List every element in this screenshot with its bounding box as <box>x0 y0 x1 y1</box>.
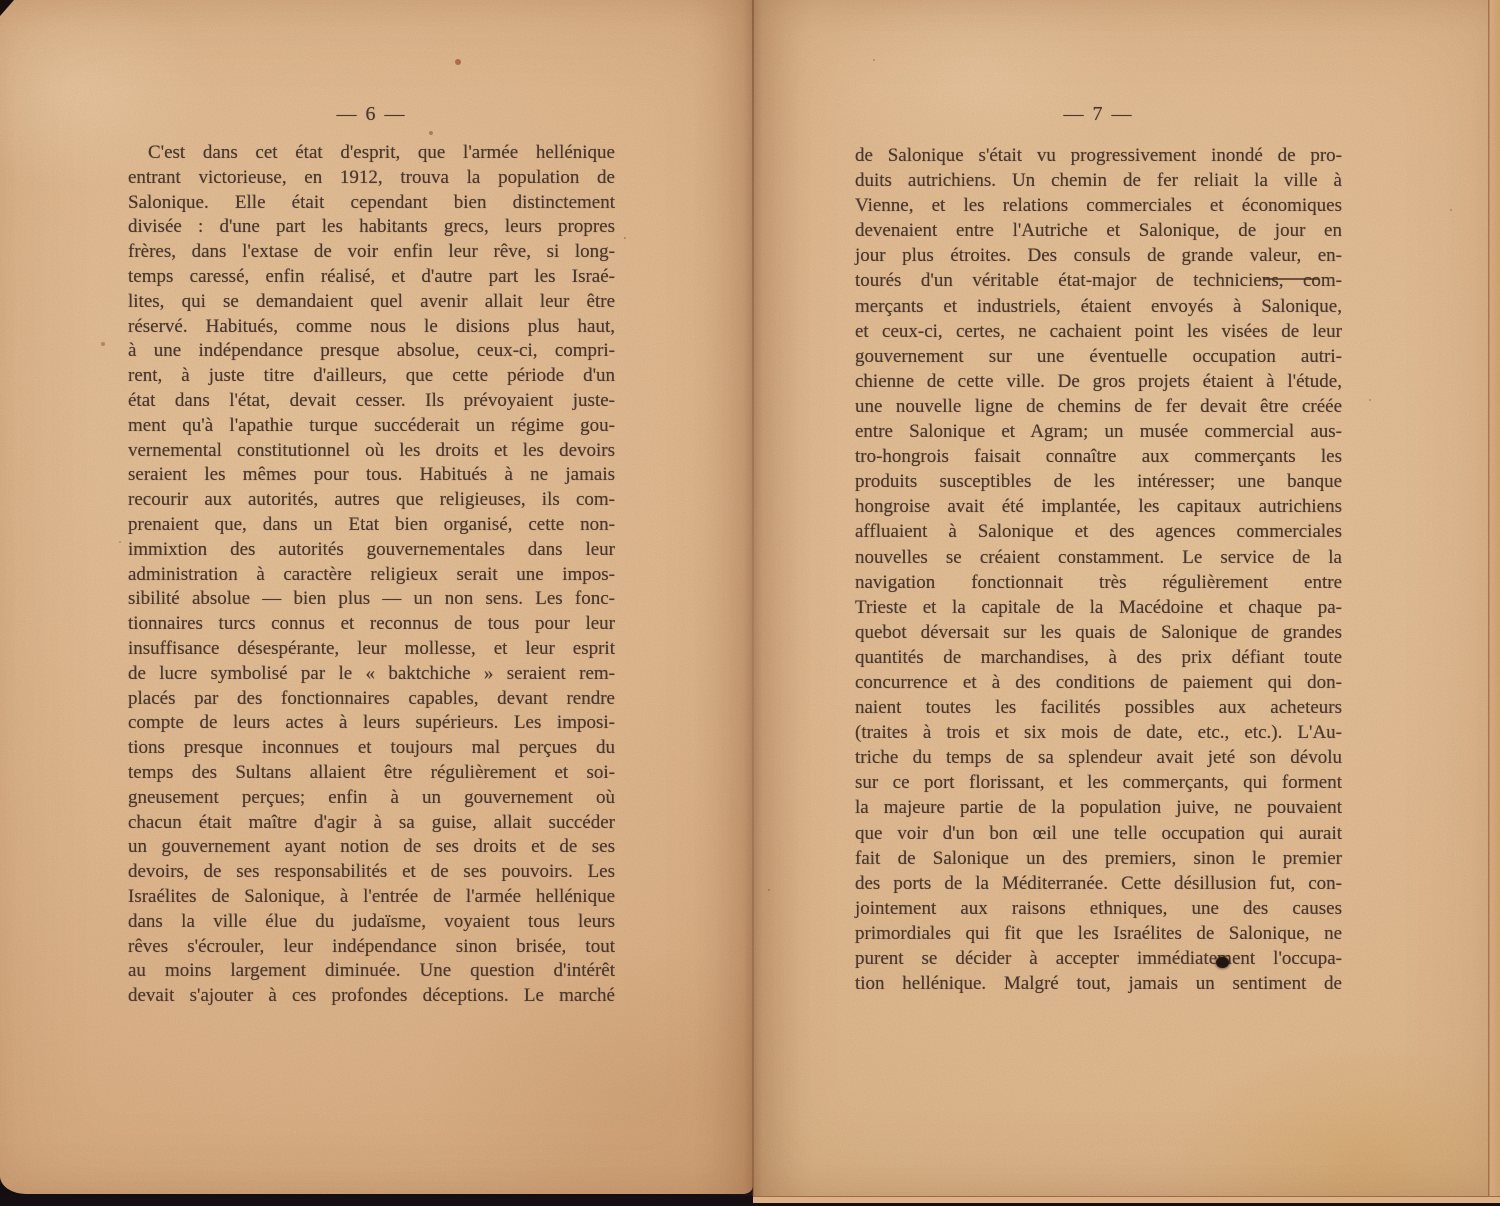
text-line: devait s'ajouter à ces profondes décepti… <box>128 984 615 1009</box>
text-line: nouvelles se créaient constamment. Le se… <box>855 545 1342 570</box>
text-line: ment qu'à l'apathie turque succéderait u… <box>128 414 615 439</box>
text-line: que voir d'un bon œil une telle occupati… <box>855 821 1342 846</box>
text-line: une nouvelle ligne de chemins de fer dev… <box>855 394 1342 419</box>
text-line: duits autrichiens. Un chemin de fer reli… <box>855 168 1342 193</box>
text-line: de lucre symbolisé par le « baktchiche »… <box>128 662 615 687</box>
text-line: tro-hongrois faisait connaître aux comme… <box>855 444 1342 469</box>
text-line: primordiales qui fit que les Israélites … <box>855 921 1342 946</box>
text-line: la majeure partie de la population juive… <box>855 795 1342 820</box>
text-line: chacun était maître d'agir à sa guise, a… <box>128 811 615 836</box>
page-7: — 7 — de Salonique s'était vu progressiv… <box>753 0 1490 1196</box>
text-line: frères, dans l'extase de voir enfin leur… <box>128 240 615 265</box>
page-7-number: — 7 — <box>855 103 1342 126</box>
text-line: tionnaires turcs connus et reconnus de t… <box>128 612 615 637</box>
text-line: immixtion des autorités gouvernementales… <box>128 538 615 563</box>
text-line: compte de leurs actes à leurs supérieurs… <box>128 711 615 736</box>
text-line: affluaient à Salonique et des agences co… <box>855 519 1342 544</box>
under-page-edge <box>753 1196 1500 1203</box>
text-line: réservé. Habitués, comme nous le disions… <box>128 315 615 340</box>
page-fore-edge <box>1488 0 1500 1196</box>
page-6-text: C'est dans cet état d'esprit, que l'armé… <box>128 141 615 1009</box>
text-line: à une indépendance presque absolue, ceux… <box>128 339 615 364</box>
page-6-number: — 6 — <box>128 103 615 126</box>
text-line: C'est dans cet état d'esprit, que l'armé… <box>128 141 615 166</box>
text-line: (traites à trois et six mois de date, et… <box>855 720 1342 745</box>
text-line: recourir aux autorités, autres que relig… <box>128 488 615 513</box>
text-line: produits susceptibles de les intéresser;… <box>855 469 1342 494</box>
text-line: au moins largement diminuée. Une questio… <box>128 959 615 984</box>
text-line: lites, qui se demandaient quel avenir al… <box>128 290 615 315</box>
text-line: merçants et industriels, étaient envoyés… <box>855 294 1342 319</box>
text-line: temps des Sultans allaient être régulièr… <box>128 761 615 786</box>
text-line: insuffisance désespérante, leur mollesse… <box>128 637 615 662</box>
text-line: entrant victorieuse, en 1912, trouva la … <box>128 166 615 191</box>
text-line: entre Salonique et Agram; un musée comme… <box>855 419 1342 444</box>
text-line: gouvernement sur une éventuelle occupati… <box>855 344 1342 369</box>
text-line: sur ce port florissant, et les commerçan… <box>855 770 1342 795</box>
text-line: sibilité absolue — bien plus — un non se… <box>128 587 615 612</box>
text-line: devenaient entre l'Autriche et Salonique… <box>855 218 1342 243</box>
text-line: Trieste et la capitale de la Macédoine e… <box>855 595 1342 620</box>
text-line: dans la ville élue du judaïsme, voyaient… <box>128 910 615 935</box>
text-line: prenaient que, dans un Etat bien organis… <box>128 513 615 538</box>
text-line: état dans l'état, devait cesser. Ils pré… <box>128 389 615 414</box>
text-line: purent se décider à accepter immédiateme… <box>855 946 1342 971</box>
page-6: — 6 — C'est dans cet état d'esprit, que … <box>0 0 753 1194</box>
text-line: tourés d'un véritable état-major de tech… <box>855 268 1342 293</box>
text-line: rent, à juste titre d'ailleurs, que cett… <box>128 364 615 389</box>
text-line: concurrence et à des conditions de paiem… <box>855 670 1342 695</box>
text-line: des ports de la Méditerranée. Cette dési… <box>855 871 1342 896</box>
text-line: tion hellénique. Malgré tout, jamais un … <box>855 971 1342 996</box>
text-line: devoirs, de ses responsabilités et de se… <box>128 860 615 885</box>
text-line: placés par des fonctionnaires capables, … <box>128 687 615 712</box>
text-line: un gouvernement ayant notion de ses droi… <box>128 835 615 860</box>
text-line: divisée : d'une part les habitants grecs… <box>128 215 615 240</box>
ink-blot <box>1216 957 1229 968</box>
text-line: rêves s'écrouler, leur indépendance sino… <box>128 935 615 960</box>
text-line: gneusement perçues; enfin à un gouvernem… <box>128 786 615 811</box>
text-line: naient toutes les facilités possibles au… <box>855 695 1342 720</box>
text-line: jointement aux raisons ethniques, une de… <box>855 896 1342 921</box>
page-7-text: de Salonique s'était vu progressivement … <box>855 143 1342 996</box>
text-line: navigation fonctionnait très régulièreme… <box>855 570 1342 595</box>
text-line: de Salonique s'était vu progressivement … <box>855 143 1342 168</box>
text-line: hongroise avait été implantée, les capit… <box>855 494 1342 519</box>
text-line: quantités de marchandises, à des prix dé… <box>855 645 1342 670</box>
text-line: Vienne, et les relations commerciales et… <box>855 193 1342 218</box>
text-line: chienne de cette ville. De gros projets … <box>855 369 1342 394</box>
text-line: temps caressé, enfin réalisé, et d'autre… <box>128 265 615 290</box>
text-line: Salonique. Elle était cependant bien dis… <box>128 191 615 216</box>
book-scan: — 6 — C'est dans cet état d'esprit, que … <box>0 0 1500 1206</box>
text-line: triche du temps de sa splendeur avait je… <box>855 745 1342 770</box>
text-line: jour plus étroites. Des consuls de grand… <box>855 243 1342 268</box>
text-line: et ceux-ci, certes, ne cachaient point l… <box>855 319 1342 344</box>
text-line: seraient les mêmes pour tous. Habitués à… <box>128 463 615 488</box>
text-line: Israélites de Salonique, à l'entrée de l… <box>128 885 615 910</box>
text-line: tions presque inconnues et toujours mal … <box>128 736 615 761</box>
text-line: fait de Salonique un des premiers, sinon… <box>855 846 1342 871</box>
text-line: vernemental constitutionnel où les droit… <box>128 439 615 464</box>
print-artifact-line <box>1263 278 1319 280</box>
text-line: quebot déversait sur les quais de Saloni… <box>855 620 1342 645</box>
text-line: administration à caractère religieux ser… <box>128 563 615 588</box>
